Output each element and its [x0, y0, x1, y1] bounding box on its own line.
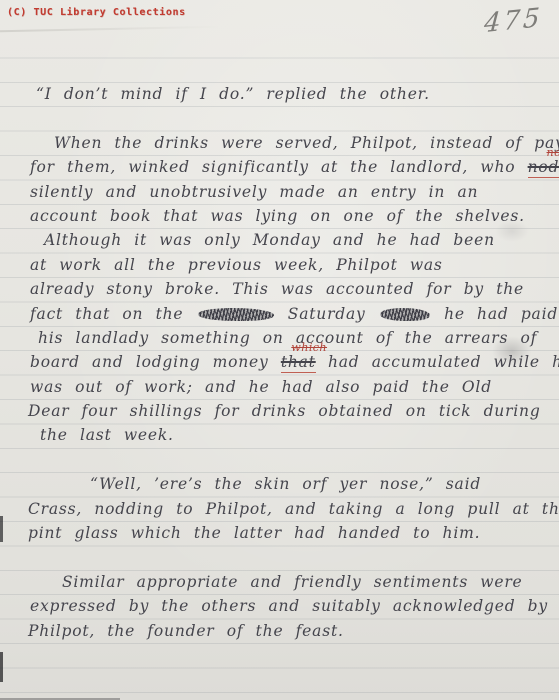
handwritten-text: account book that was lying on one of th… [30, 207, 525, 225]
manuscript-line: the last week. [28, 423, 551, 447]
handwritten-text: for them, winked significantly at the la… [30, 158, 528, 176]
struck-word-with-red-correction: whichthat [281, 350, 316, 374]
manuscript-page: (C) TUC Library Collections 475 “I don’t… [0, 0, 559, 700]
handwritten-text: “I don’t mind if I do.” replied the othe… [36, 85, 430, 103]
handwritten-text: was out of work; and he had also paid th… [30, 378, 492, 396]
page-number: 475 [483, 3, 543, 40]
handwritten-text: his landlady something on account of the… [38, 329, 537, 347]
handwritten-text: board and lodging money [30, 353, 281, 371]
blank-line [28, 106, 551, 130]
handwritten-text: Philpot, the founder of the feast. [28, 622, 344, 640]
scan-edge-mark [0, 652, 3, 682]
handwritten-text: he had paid [432, 305, 558, 323]
scan-edge-mark [0, 516, 3, 542]
handwritten-text: silently and unobtrusively made an entry… [30, 183, 478, 201]
handwritten-text: the last week. [40, 426, 174, 444]
manuscript-line: for them, winked significantly at the la… [28, 155, 551, 179]
manuscript-line: board and lodging money whichthat had ac… [28, 350, 551, 374]
manuscript-line: expressed by the others and suitably ack… [28, 594, 551, 618]
handwritten-text: expressed by the others and suitably ack… [30, 597, 548, 615]
watermark: (C) TUC Library Collections [7, 7, 186, 18]
scribbled-out-word [198, 308, 274, 321]
manuscript-line: Crass, nodding to Philpot, and taking a … [28, 497, 551, 521]
scribbled-out-word [380, 308, 430, 321]
manuscript-line: When the drinks were served, Philpot, in… [28, 131, 551, 155]
handwritten-text: When the drinks were served, Philpot, in… [54, 134, 559, 152]
manuscript-line: account book that was lying on one of th… [28, 204, 551, 228]
red-insertion: nodding [547, 147, 559, 158]
manuscript-line: Similar appropriate and friendly sentime… [28, 570, 551, 594]
paper-crease [0, 26, 220, 33]
manuscript-line: already stony broke. This was accounted … [28, 277, 551, 301]
manuscript-line: Although it was only Monday and he had b… [28, 228, 551, 252]
handwritten-text: already stony broke. This was accounted … [30, 280, 524, 298]
manuscript-lines: “I don’t mind if I do.” replied the othe… [28, 82, 551, 643]
struck-word: that [281, 353, 316, 373]
handwritten-text: “Well, ’ere’s the skin orf yer nose,” sa… [90, 475, 481, 493]
manuscript-line: his landlady something on account of the… [28, 326, 551, 350]
manuscript-line: Philpot, the founder of the feast. [28, 619, 551, 643]
manuscript-line: silently and unobtrusively made an entry… [28, 180, 551, 204]
manuscript-line: at work all the previous week, Philpot w… [28, 253, 551, 277]
blank-line [28, 448, 551, 472]
manuscript-line: “I don’t mind if I do.” replied the othe… [28, 82, 551, 106]
manuscript-line: Dear four shillings for drinks obtained … [28, 399, 551, 423]
handwritten-text: Dear four shillings for drinks obtained … [28, 402, 541, 420]
handwritten-text: Saturday [276, 305, 378, 323]
manuscript-line: “Well, ’ere’s the skin orf yer nose,” sa… [28, 472, 551, 496]
manuscript-line: pint glass which the latter had handed t… [28, 521, 551, 545]
manuscript-line: was out of work; and he had also paid th… [28, 375, 551, 399]
ink-smudge [495, 220, 529, 242]
handwritten-text: Similar appropriate and friendly sentime… [62, 573, 523, 591]
struck-word: nodded [528, 158, 559, 178]
red-insertion: which [291, 342, 327, 353]
handwritten-text: fact that on the [30, 305, 196, 323]
ink-smudge [492, 336, 532, 366]
blank-line [28, 545, 551, 569]
handwritten-text: at work all the previous week, Philpot w… [30, 256, 443, 274]
manuscript-line: fact that on the Saturday he had paid [28, 302, 551, 326]
handwritten-text: pint glass which the latter had handed t… [28, 524, 480, 542]
handwritten-text: Crass, nodding to Philpot, and taking a … [28, 500, 559, 518]
handwritten-text: Although it was only Monday and he had b… [44, 231, 495, 249]
struck-word-with-red-correction: noddingnodded [528, 155, 559, 179]
